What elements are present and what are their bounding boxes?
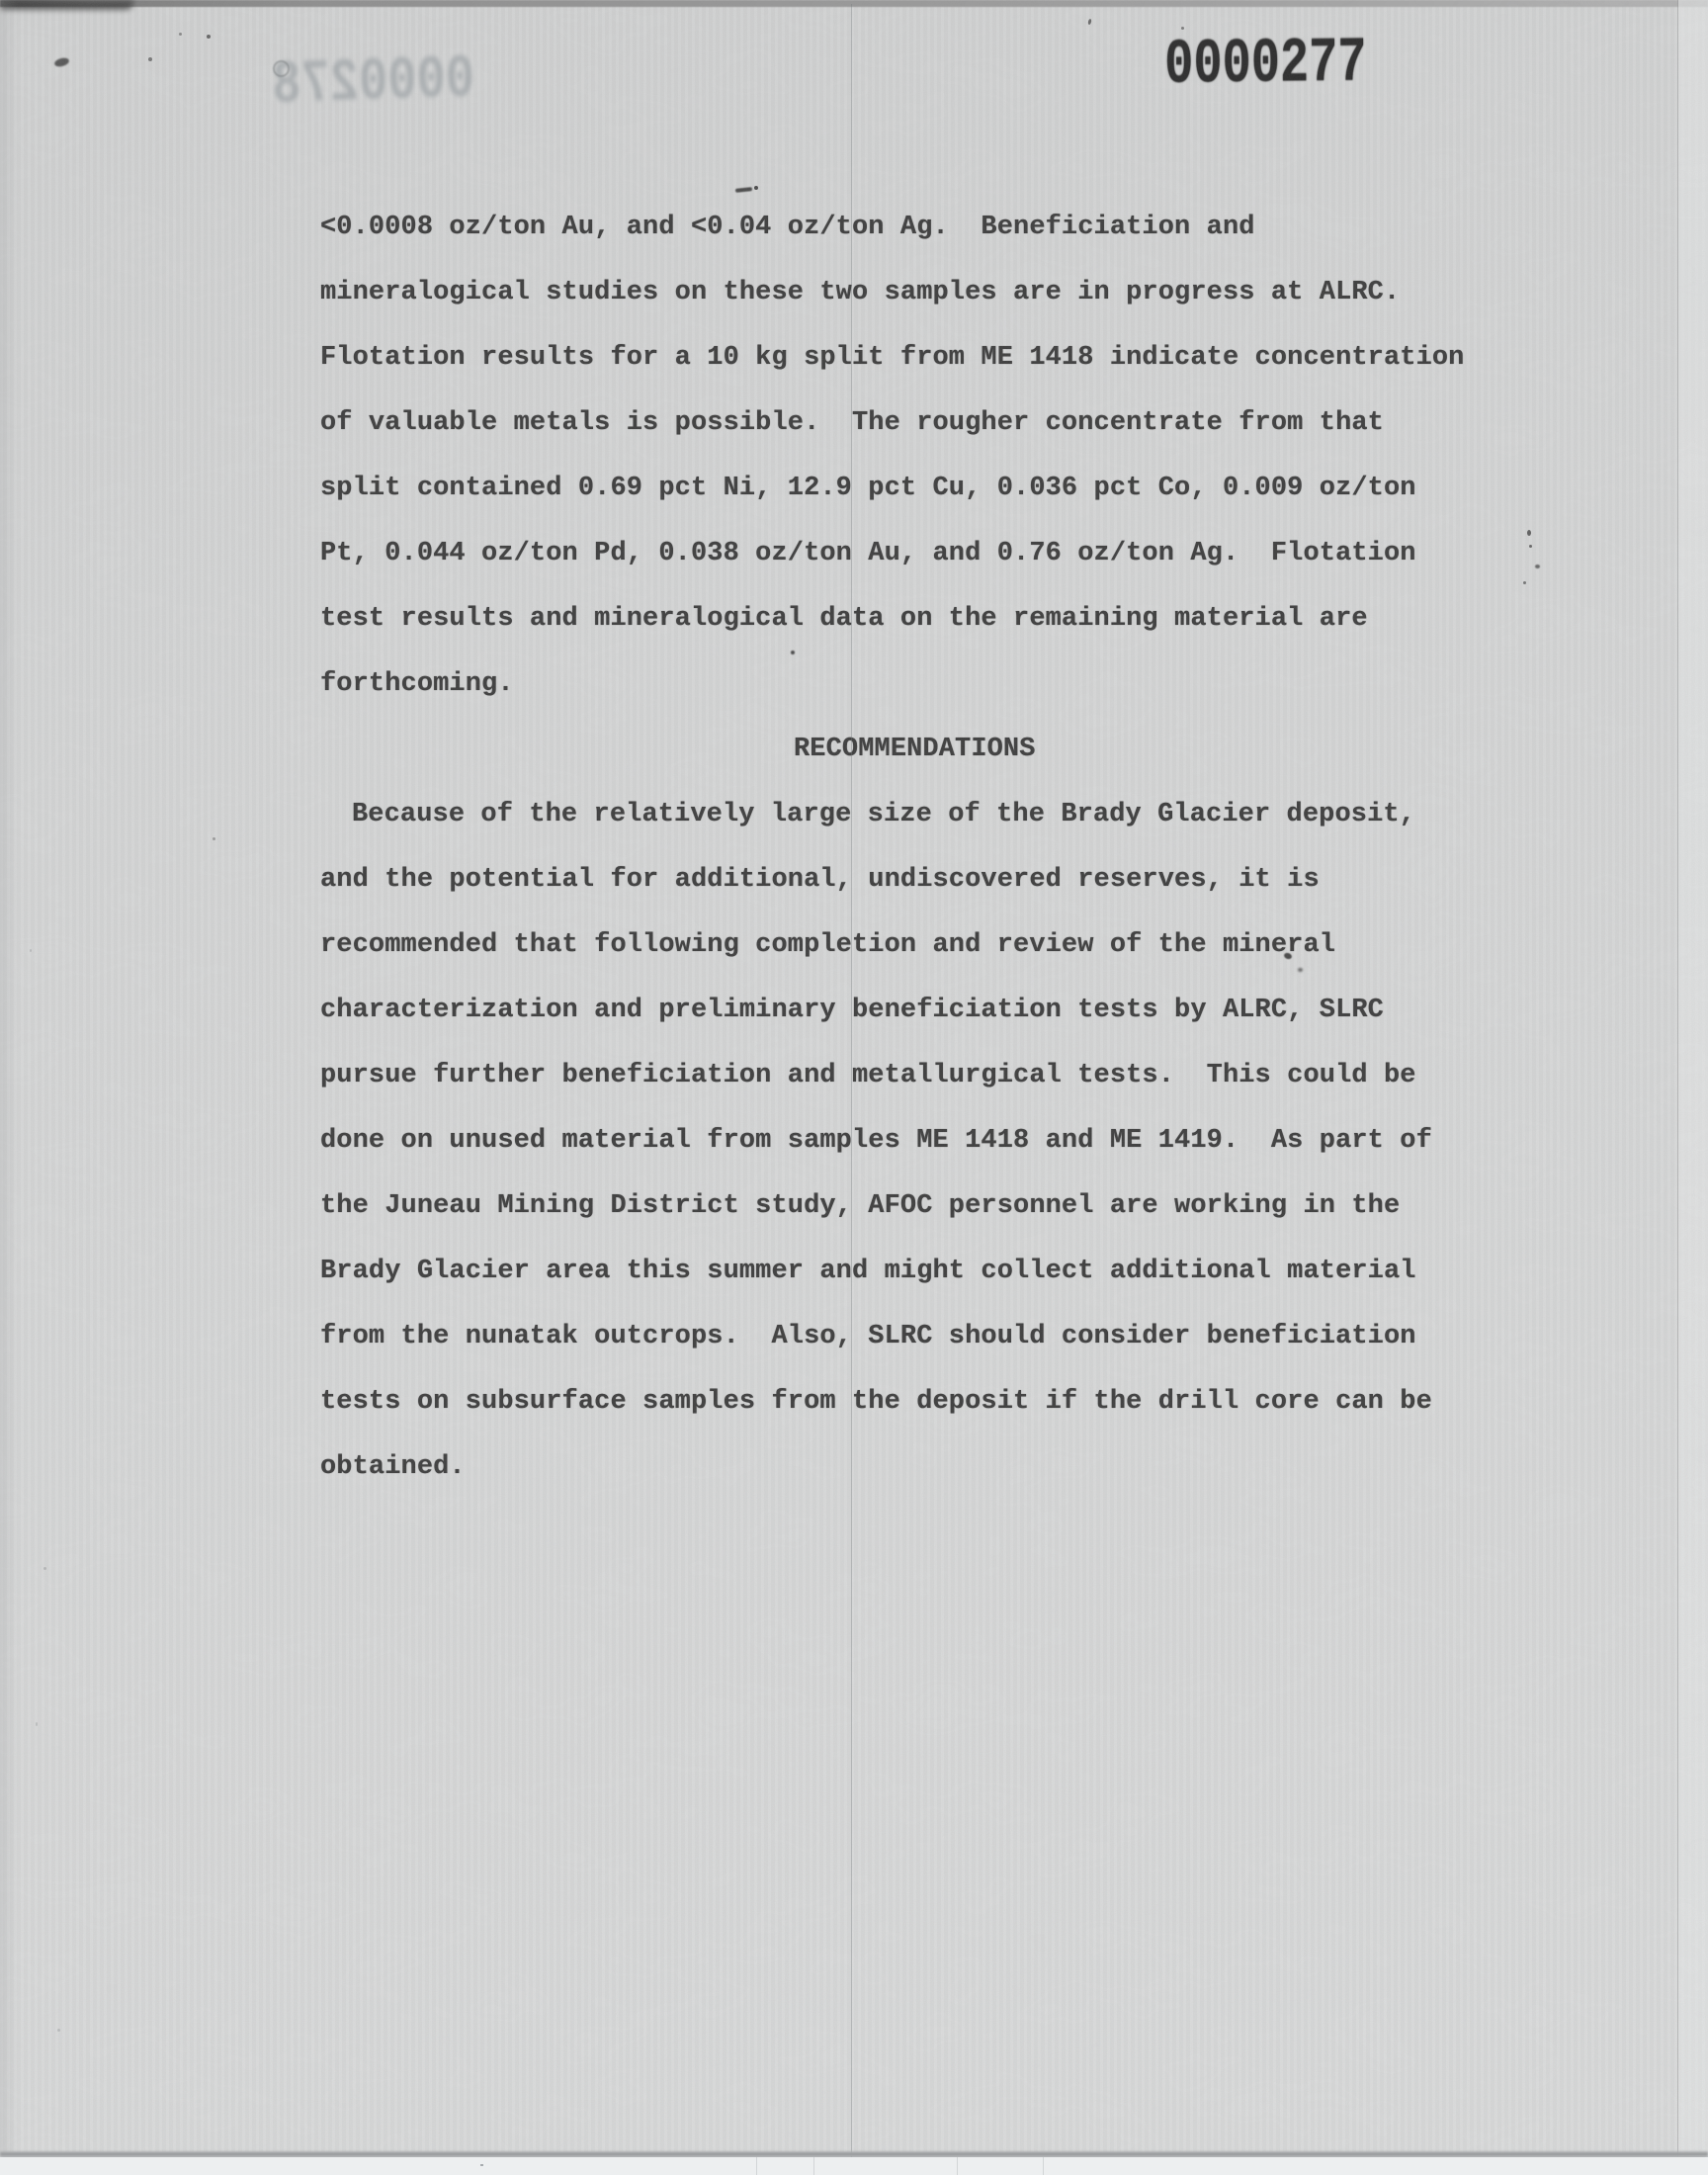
scan-right-edge-line (1677, 0, 1678, 2156)
document-line: obtained. (320, 1435, 1472, 1500)
below-page-crease (1043, 2157, 1044, 2175)
paper-sheet: 0000277 0000278 <0.0008 oz/ton Au, and <… (0, 0, 1708, 2156)
bleedthrough-stamp-digits: 0000278 (272, 48, 475, 116)
document-line: and the potential for additional, undisc… (320, 847, 1472, 913)
scan-top-corner-shadow (0, 0, 133, 10)
document-line: recommended that following completion an… (320, 913, 1472, 978)
scanned-document: 0000277 0000278 <0.0008 oz/ton Au, and <… (0, 0, 1708, 2175)
document-line: <0.0008 oz/ton Au, and <0.04 oz/ton Ag. … (320, 195, 1472, 260)
document-line: of valuable metals is possible. The roug… (320, 391, 1472, 456)
document-line: done on unused material from samples ME … (320, 1108, 1472, 1174)
document-line: split contained 0.69 pct Ni, 12.9 pct Cu… (320, 456, 1472, 521)
bleedthrough-stamp: 0000278 (257, 54, 489, 110)
document-line: the Juneau Mining District study, AFOC p… (320, 1174, 1472, 1239)
document-line: forthcoming. (320, 652, 1472, 717)
document-line: test results and mineralogical data on t… (320, 586, 1472, 652)
document-line: characterization and preliminary benefic… (320, 978, 1472, 1043)
document-line: Because of the relatively large size of … (320, 782, 1472, 847)
document-line: mineralogical studies on these two sampl… (320, 260, 1472, 325)
document-line: Brady Glacier area this summer and might… (320, 1239, 1472, 1304)
document-line: Flotation results for a 10 kg split from… (320, 325, 1472, 391)
scan-left-edge-shade (0, 0, 18, 2156)
vertical-fold-crease (851, 4, 852, 2175)
scanner-background (0, 2157, 1708, 2175)
scan-top-edge (0, 0, 1708, 7)
below-page-crease (813, 2157, 814, 2175)
document-text: <0.0008 oz/ton Au, and <0.04 oz/ton Ag. … (320, 195, 1472, 1500)
document-line: Pt, 0.044 oz/ton Pd, 0.038 oz/ton Au, an… (320, 521, 1472, 586)
below-page-crease (957, 2157, 958, 2175)
document-line: from the nunatak outcrops. Also, SLRC sh… (320, 1304, 1472, 1369)
document-line: tests on subsurface samples from the dep… (320, 1369, 1472, 1435)
scan-right-edge-strip (1678, 0, 1708, 2156)
below-page-crease (756, 2157, 757, 2175)
document-line: pursue further beneficiation and metallu… (320, 1043, 1472, 1108)
page-number-stamp: 0000277 (1164, 33, 1367, 98)
section-heading: RECOMMENDATIONS (320, 717, 1472, 782)
